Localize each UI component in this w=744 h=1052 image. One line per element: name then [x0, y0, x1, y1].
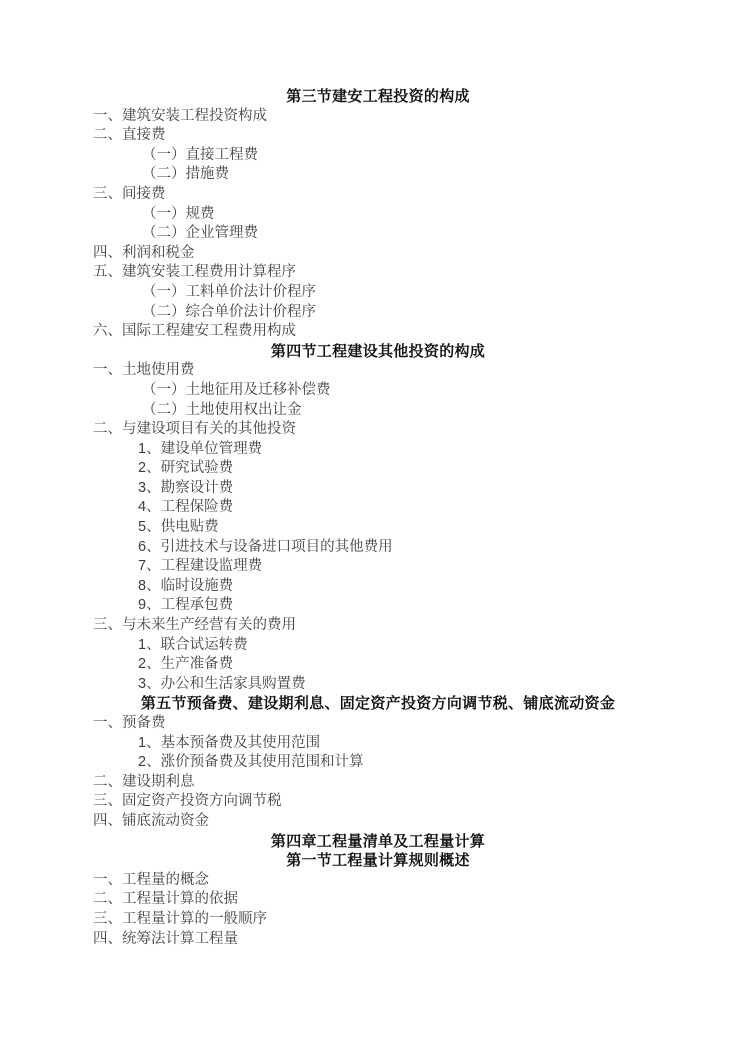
outline-item: 1、建设单位管理费 — [0, 440, 744, 460]
outline-item: 8、临时设施费 — [0, 577, 744, 597]
outline-item: 2、涨价预备费及其使用范围和计算 — [0, 753, 744, 773]
outline-item: 2、研究试验费 — [0, 459, 744, 479]
outline-item: 2、生产准备费 — [0, 655, 744, 675]
outline-item: （二）企业管理费 — [0, 224, 744, 244]
outline-item: 1、联合试运转费 — [0, 636, 744, 656]
outline-item: 二、工程量计算的依据 — [0, 890, 744, 910]
outline-item: 9、工程承包费 — [0, 596, 744, 616]
outline-item: （二）土地使用权出让金 — [0, 401, 744, 421]
outline-item: （一）土地征用及迁移补偿费 — [0, 381, 744, 401]
outline-item: 5、供电贴费 — [0, 518, 744, 538]
outline-item: （二）措施费 — [0, 165, 744, 185]
outline-item: 三、固定资产投资方向调节税 — [0, 792, 744, 812]
outline-item: 二、直接费 — [0, 126, 744, 146]
outline-item: 一、土地使用费 — [0, 361, 744, 381]
section-heading: 第五节预备费、建设期利息、固定资产投资方向调节税、铺底流动资金 — [0, 694, 744, 714]
outline-item: 7、工程建设监理费 — [0, 557, 744, 577]
section-heading: 第三节建安工程投资的构成 — [0, 87, 744, 107]
outline-item: 一、预备费 — [0, 714, 744, 734]
outline-item: （一）直接工程费 — [0, 146, 744, 166]
outline-item: 三、工程量计算的一般顺序 — [0, 910, 744, 930]
outline-item: 四、利润和税金 — [0, 244, 744, 264]
outline-item: 4、工程保险费 — [0, 498, 744, 518]
outline-item: 三、与未来生产经营有关的费用 — [0, 616, 744, 636]
outline-item: 五、建筑安装工程费用计算程序 — [0, 263, 744, 283]
section-heading: 第四节工程建设其他投资的构成 — [0, 342, 744, 362]
outline-item: 3、办公和生活家具购置费 — [0, 675, 744, 695]
document-page: 第三节建安工程投资的构成一、建筑安装工程投资构成二、直接费（一）直接工程费（二）… — [0, 0, 744, 1052]
outline-item: 一、建筑安装工程投资构成 — [0, 107, 744, 127]
outline-item: 3、勘察设计费 — [0, 479, 744, 499]
outline-item: （一）规费 — [0, 205, 744, 225]
outline-item: 六、国际工程建安工程费用构成 — [0, 322, 744, 342]
outline-item: 1、基本预备费及其使用范围 — [0, 734, 744, 754]
outline-item: （一）工料单价法计价程序 — [0, 283, 744, 303]
outline-item: （二）综合单价法计价程序 — [0, 303, 744, 323]
outline-item: 四、统筹法计算工程量 — [0, 930, 744, 950]
outline-item: 一、工程量的概念 — [0, 871, 744, 891]
section-heading: 第四章工程量清单及工程量计算 — [0, 832, 744, 852]
outline-item: 三、间接费 — [0, 185, 744, 205]
outline-item: 二、与建设项目有关的其他投资 — [0, 420, 744, 440]
outline-item: 6、引进技术与设备进口项目的其他费用 — [0, 538, 744, 558]
outline-item: 二、建设期利息 — [0, 773, 744, 793]
section-heading: 第一节工程量计算规则概述 — [0, 851, 744, 871]
outline-item: 四、铺底流动资金 — [0, 812, 744, 832]
